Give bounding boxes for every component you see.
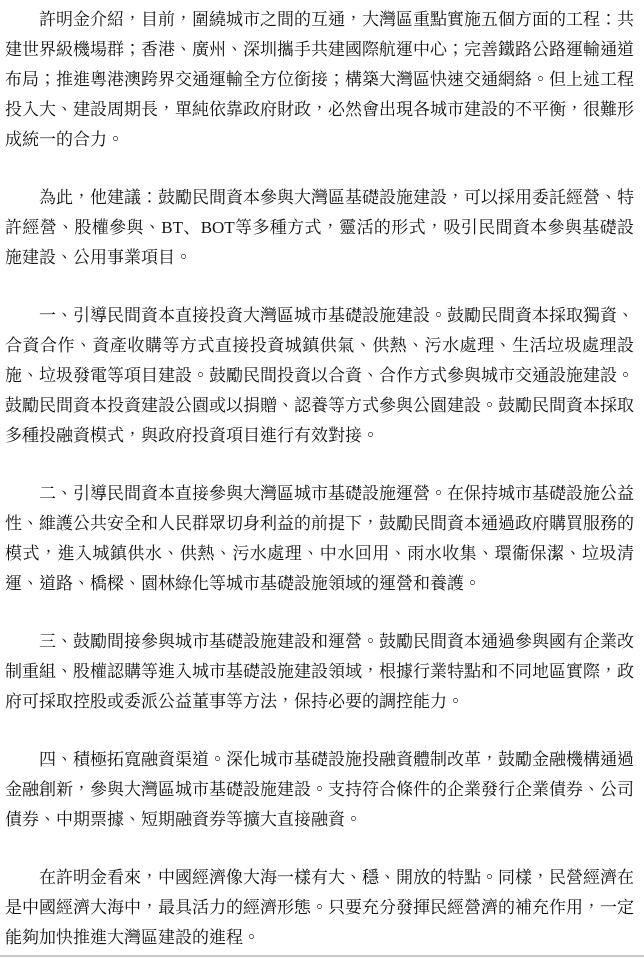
article-body: 許明金介紹，目前，圍繞城市之間的互通，大灣區重點實施五個方面的工程：共建世界級機… (0, 0, 644, 953)
paragraph-suggestion: 為此，他建議：鼓勵民間資本參與大灣區基礎設施建設，可以採用委託經營、特許經營、股… (5, 183, 634, 273)
paragraph-point-4: 四、積極拓寬融資渠道。深化城市基礎設施投融資體制改革，鼓勵金融機構通過金融創新，… (5, 745, 634, 835)
bottom-divider (0, 955, 644, 957)
paragraph-closing: 在許明金看來，中國經濟像大海一樣有大、穩、開放的特點。同樣，民營經濟在是中國經濟… (5, 863, 634, 953)
paragraph-point-2: 二、引導民間資本直接參與大灣區城市基礎設施運營。在保持城市基礎設施公益性、維護公… (5, 479, 634, 599)
paragraph-intro: 許明金介紹，目前，圍繞城市之間的互通，大灣區重點實施五個方面的工程：共建世界級機… (5, 5, 634, 155)
paragraph-point-3: 三、鼓勵間接參與城市基礎設施建設和運營。鼓勵民間資本通過參與國有企業改制重組、股… (5, 627, 634, 717)
paragraph-point-1: 一、引導民間資本直接投資大灣區城市基礎設施建設。鼓勵民間資本採取獨資、合資合作、… (5, 301, 634, 451)
